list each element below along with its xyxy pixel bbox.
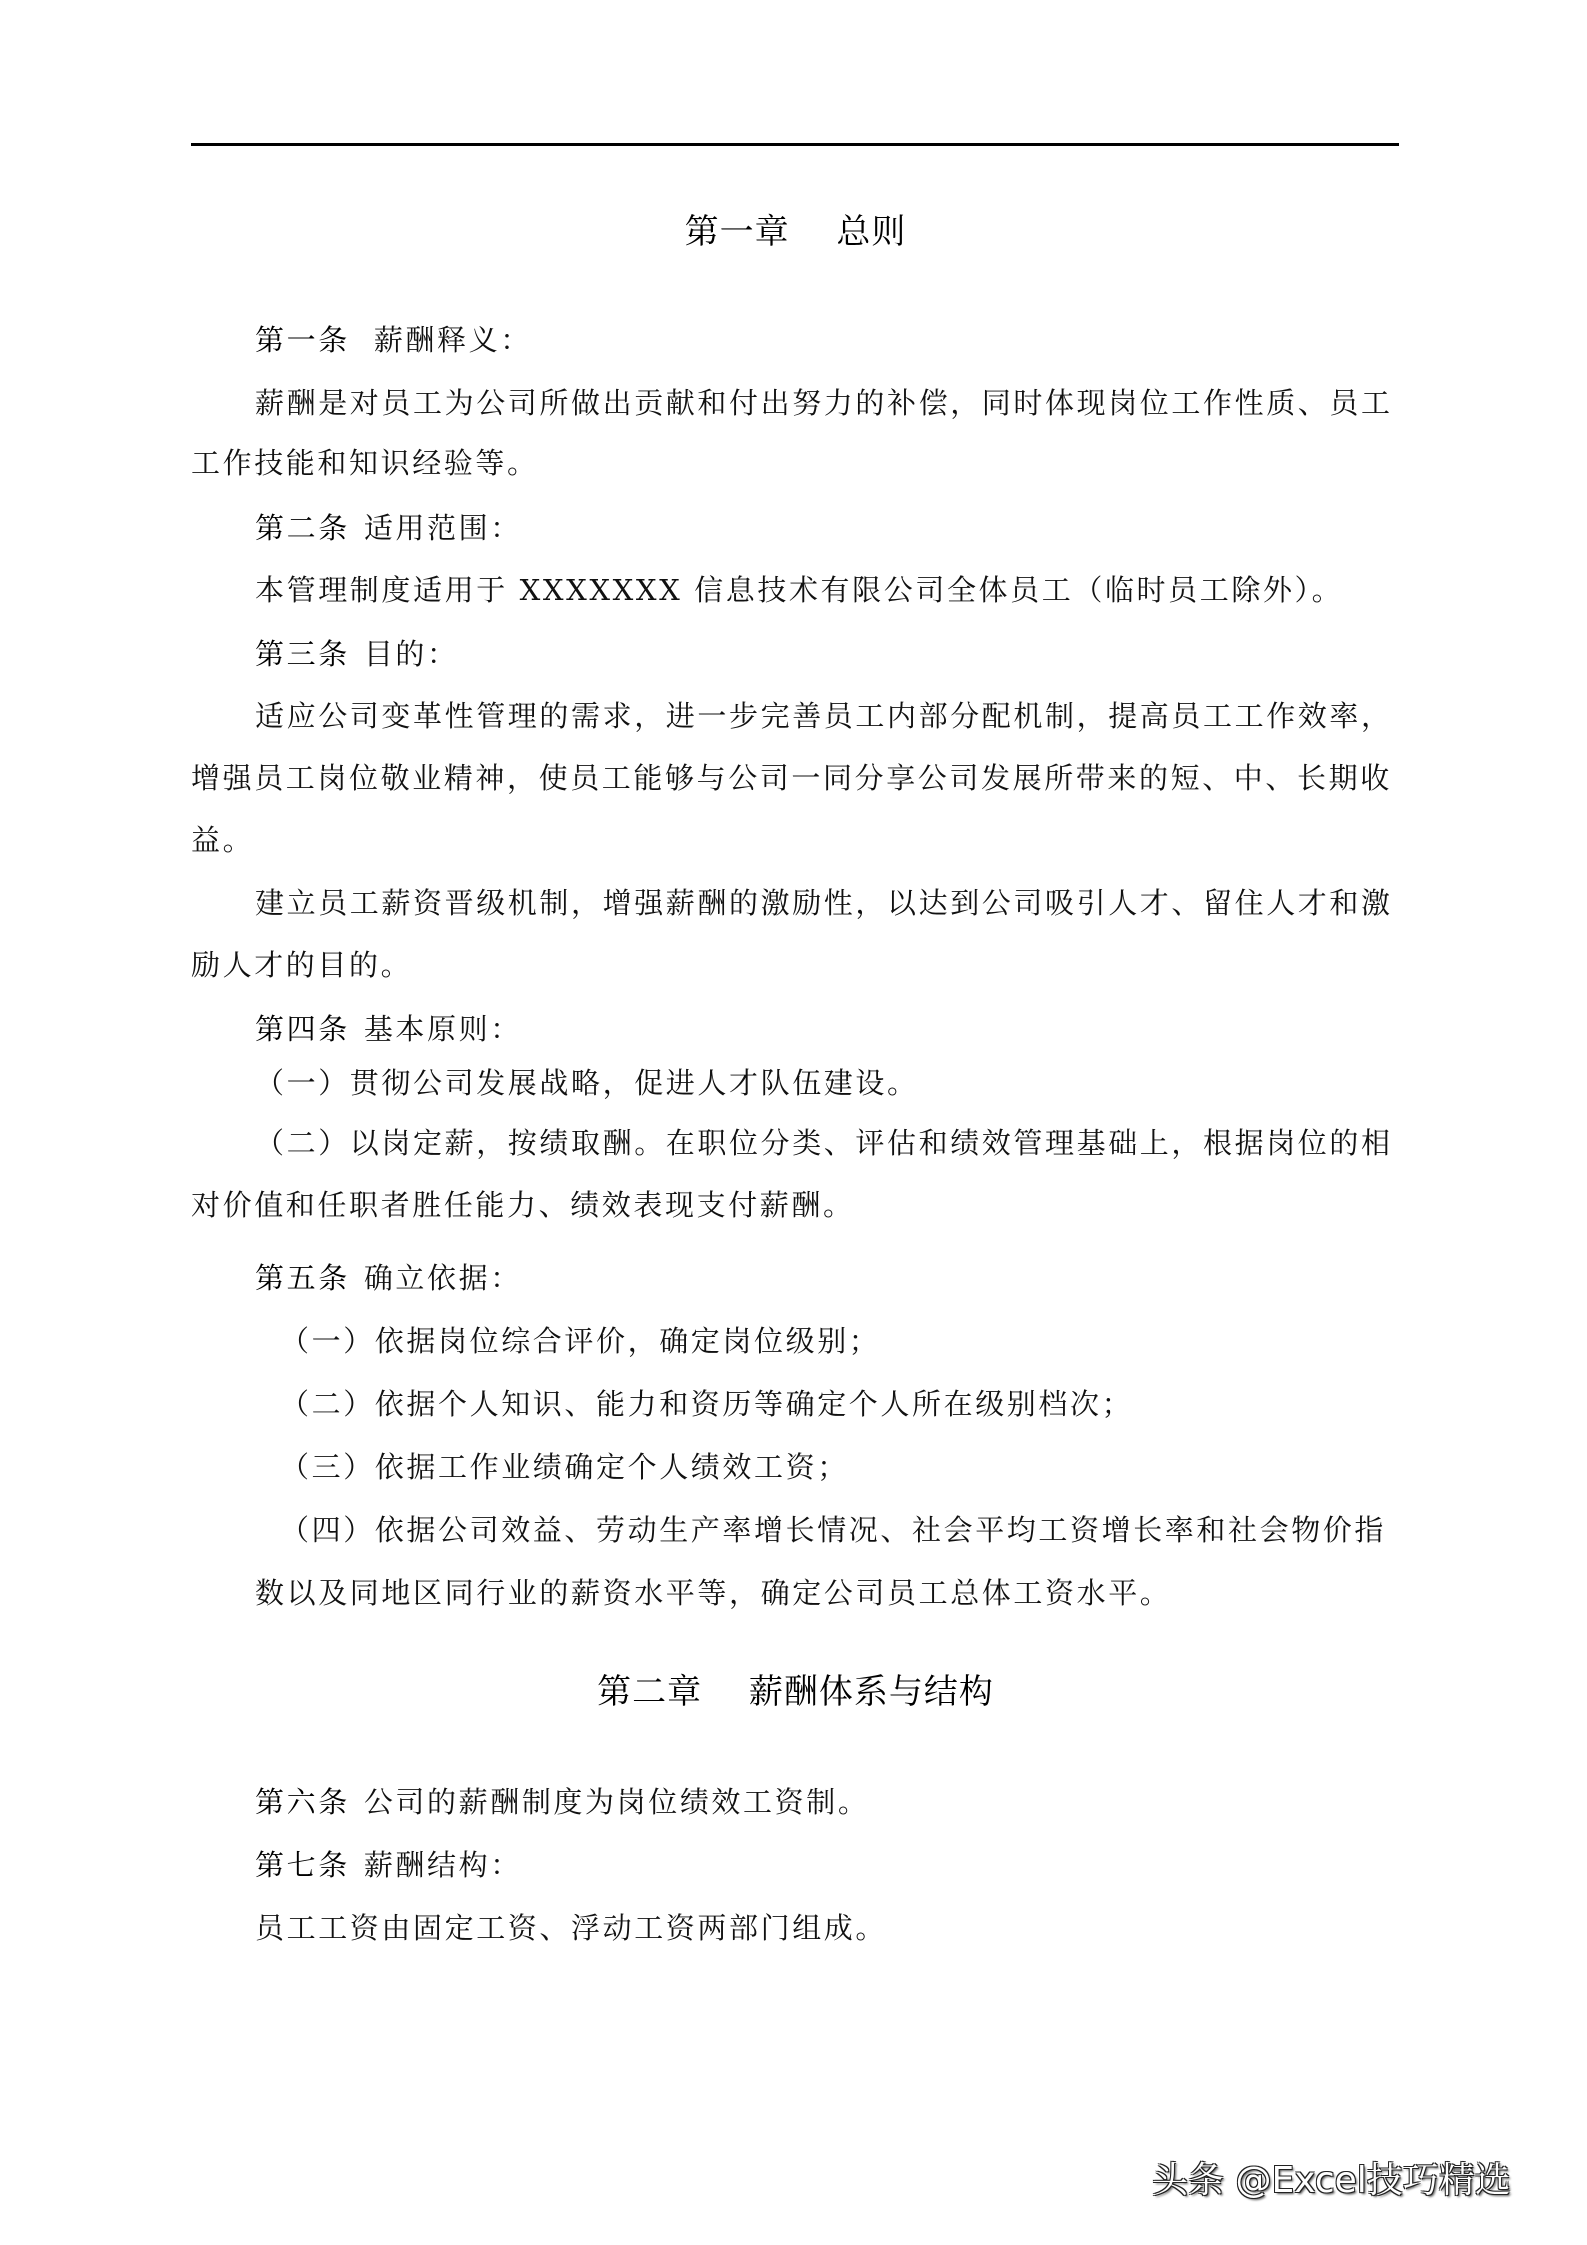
article-6-heading: 第六条公司的薪酬制度为岗位绩效工资制。: [255, 1784, 1464, 1820]
article-2-number: 第二条: [255, 511, 350, 545]
article-3-paragraph-line-3: 益。: [191, 822, 1400, 858]
article-5-title: 确立依据：: [364, 1261, 522, 1295]
article-4-item-2-line-1: （二）以岗定薪，按绩取酬。在职位分类、评估和绩效管理基础上，根据岗位的相: [255, 1125, 1464, 1161]
article-5-heading: 第五条确立依据：: [255, 1260, 1464, 1296]
article-5-number: 第五条: [255, 1261, 350, 1295]
article-1-heading: 第一条薪酬释义：: [255, 322, 1464, 358]
article-5-item-4-line-2: 数以及同地区同行业的薪资水平等，确定公司员工总体工资水平。: [255, 1575, 1464, 1611]
article-3-paragraph-line-1: 适应公司变革性管理的需求，进一步完善员工内部分配机制，提高员工工作效率，: [255, 698, 1464, 734]
article-5-item-3: （三）依据工作业绩确定个人绩效工资；: [280, 1449, 1489, 1485]
source-watermark: 头条 @Excel技巧精选: [1152, 2159, 1511, 2203]
article-1-title: 薪酬释义：: [374, 323, 532, 357]
chapter-2-title: 第二章 薪酬体系与结构: [191, 1672, 1400, 1712]
article-3-heading: 第三条目的：: [255, 636, 1464, 672]
article-3-paragraph-line-2: 增强员工岗位敬业精神，使员工能够与公司一同分享公司发展所带来的短、中、长期收: [191, 760, 1400, 796]
article-7-number: 第七条: [255, 1848, 350, 1882]
article-2-title: 适用范围：: [364, 511, 522, 545]
article-1-paragraph-line-1: 薪酬是对员工为公司所做出贡献和付出努力的补偿，同时体现岗位工作性质、员工: [255, 385, 1464, 421]
chapter-1-title: 第一章 总则: [191, 212, 1400, 252]
article-4-item-2-line-2: 对价值和任职者胜任能力、绩效表现支付薪酬。: [191, 1187, 1400, 1223]
article-3-number: 第三条: [255, 637, 350, 671]
article-4-number: 第四条: [255, 1012, 350, 1046]
article-5-item-1: （一）依据岗位综合评价，确定岗位级别；: [280, 1323, 1489, 1359]
article-6-number: 第六条: [255, 1785, 350, 1819]
article-5-item-4-line-1: （四）依据公司效益、劳动生产率增长情况、社会平均工资增长率和社会物价指: [280, 1512, 1489, 1548]
article-3-title: 目的：: [364, 637, 459, 671]
article-4-item-1: （一）贯彻公司发展战略，促进人才队伍建设。: [255, 1065, 1464, 1101]
article-7-paragraph-line-1: 员工工资由固定工资、浮动工资两部门组成。: [255, 1910, 1464, 1946]
article-7-heading: 第七条薪酬结构：: [255, 1847, 1464, 1883]
article-2-heading: 第二条适用范围：: [255, 510, 1464, 546]
article-6-title: 公司的薪酬制度为岗位绩效工资制。: [364, 1785, 870, 1819]
article-5-item-2: （二）依据个人知识、能力和资历等确定个人所在级别档次；: [280, 1386, 1489, 1422]
article-7-title: 薪酬结构：: [364, 1848, 522, 1882]
article-1-paragraph-line-2: 工作技能和知识经验等。: [191, 445, 1400, 481]
article-3-paragraph-2-line-1: 建立员工薪资晋级机制，增强薪酬的激励性，以达到公司吸引人才、留住人才和激: [255, 885, 1464, 921]
article-4-heading: 第四条基本原则：: [255, 1011, 1464, 1047]
article-2-paragraph-line-1: 本管理制度适用于 XXXXXXX 信息技术有限公司全体员工（临时员工除外）。: [255, 572, 1464, 608]
article-4-title: 基本原则：: [364, 1012, 522, 1046]
article-1-number: 第一条: [255, 323, 350, 357]
header-rule: [191, 143, 1399, 146]
article-3-paragraph-2-line-2: 励人才的目的。: [191, 947, 1400, 983]
